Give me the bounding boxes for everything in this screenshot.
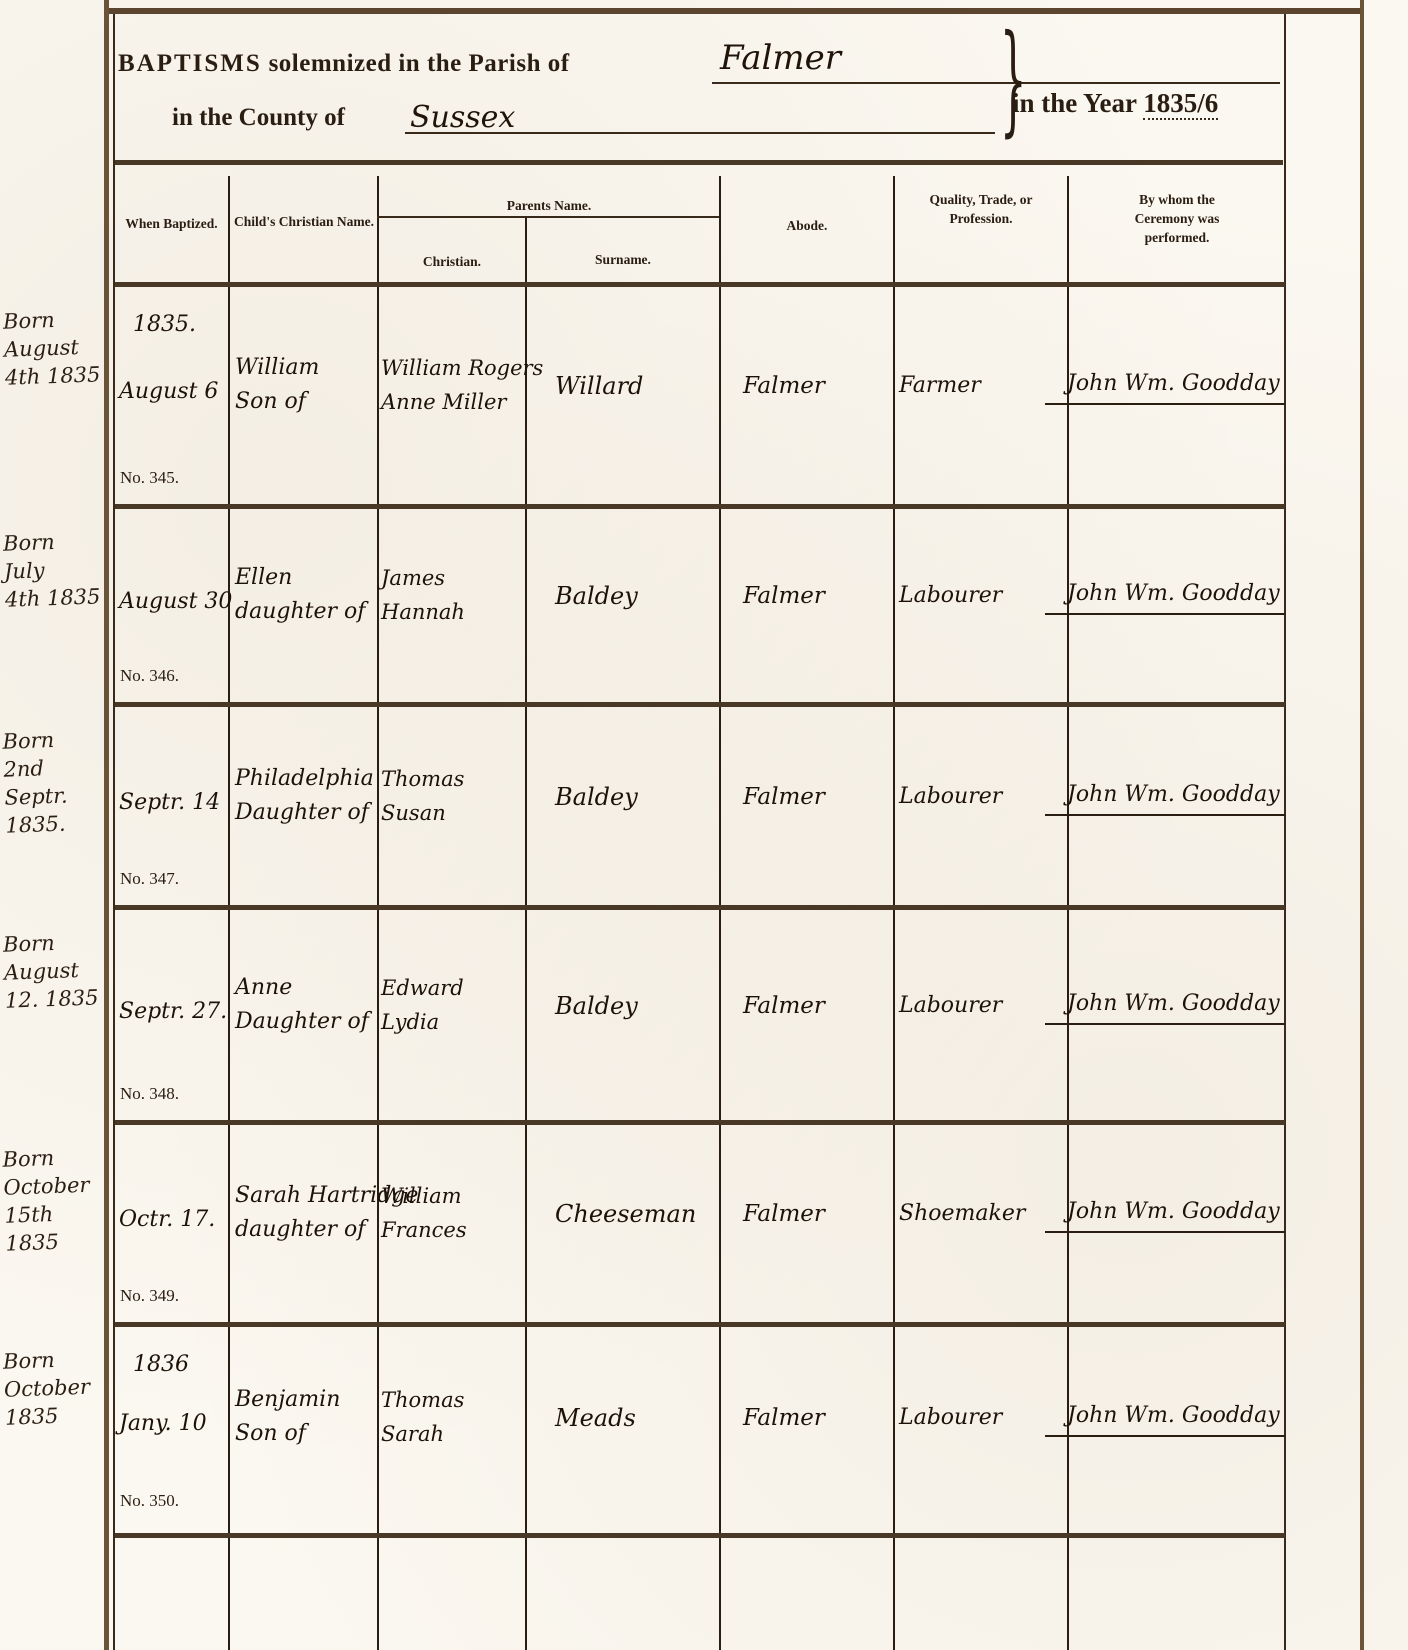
entry-number: No. 347.	[120, 869, 179, 889]
col-divider	[525, 218, 527, 1650]
abode: Falmer	[743, 991, 825, 1021]
parent-christian-name: Frances	[381, 1215, 467, 1245]
profession: Farmer	[899, 371, 981, 401]
header-childs-name: Child's Christian Name.	[231, 212, 377, 231]
parent-christian-name: William Rogers	[381, 353, 543, 383]
parish-underline	[712, 82, 1280, 84]
child-relation: daughter of	[235, 1215, 365, 1245]
profession: Labourer	[899, 782, 1002, 812]
birth-margin-note: BornJuly4th 1835	[3, 526, 104, 613]
header-parents-surname: Surname.	[527, 250, 719, 269]
child-relation: Son of	[235, 1419, 306, 1449]
parent-surname: Baldey	[555, 581, 638, 611]
margin-note-line: August	[4, 955, 103, 986]
officiant-signature: John Wm. Goodday	[1067, 780, 1280, 810]
county-underline	[405, 132, 995, 134]
parent-surname: Baldey	[555, 782, 638, 812]
baptism-date: Jany. 10	[119, 1409, 207, 1439]
officiant-signature: John Wm. Goodday	[1067, 579, 1280, 609]
entry-number: No. 349.	[120, 1286, 179, 1306]
parent-christian-name: James	[381, 563, 445, 593]
parent-surname: Cheeseman	[555, 1199, 696, 1229]
year-heading: 1835.	[133, 310, 196, 340]
officiant-signature: John Wm. Goodday	[1067, 989, 1280, 1019]
child-name: Anne	[235, 973, 292, 1003]
baptism-table: When Baptized. Child's Christian Name. P…	[115, 176, 1285, 1650]
profession: Labourer	[899, 1403, 1002, 1433]
profession: Shoemaker	[899, 1199, 1025, 1229]
title-caps: BAPTISMS	[118, 50, 262, 77]
county-name: Sussex	[410, 100, 515, 135]
row-divider	[115, 1533, 1285, 1538]
county-label: in the County of	[172, 104, 345, 132]
entry-number: No. 350.	[120, 1491, 179, 1511]
header-parents-christian: Christian.	[379, 252, 525, 271]
parent-christian-name: Edward	[381, 973, 464, 1003]
title-rest: solemnized in the Parish of	[269, 50, 570, 77]
col-divider	[893, 176, 895, 1650]
parent-christian-name: Lydia	[381, 1007, 439, 1037]
parent-surname: Meads	[555, 1403, 636, 1433]
signature-underline	[1045, 613, 1285, 615]
row-divider	[115, 282, 1285, 287]
margin-note-line: Born	[3, 927, 102, 958]
baptism-date: August 30	[119, 587, 232, 617]
birth-margin-note: BornAugust12. 1835	[3, 927, 104, 1014]
brace-mark: }	[1000, 20, 1027, 140]
margin-note-line: October	[4, 1372, 103, 1403]
abode: Falmer	[743, 782, 825, 812]
profession: Labourer	[899, 581, 1002, 611]
entry-number: No. 346.	[120, 666, 179, 686]
row-divider	[115, 905, 1285, 910]
parent-surname: Willard	[555, 371, 643, 401]
birth-margin-note: BornOctober15th 1835	[2, 1142, 104, 1257]
margin-note-line: July	[4, 554, 103, 585]
child-relation: Son of	[235, 387, 306, 417]
header-abode: Abode.	[721, 216, 893, 235]
child-name: Benjamin	[235, 1385, 340, 1415]
child-name: William	[235, 353, 319, 383]
row-divider	[115, 1322, 1285, 1327]
margin-note-line: Septr. 1835.	[4, 780, 104, 839]
child-name: Philadelphia	[235, 764, 374, 794]
title-divider	[115, 160, 1283, 165]
year-heading: 1836	[133, 1350, 189, 1380]
signature-underline	[1045, 1231, 1285, 1233]
profession: Labourer	[899, 991, 1002, 1021]
row-divider	[115, 1120, 1285, 1125]
margin-note-line: August	[4, 332, 103, 363]
abode: Falmer	[743, 1199, 825, 1229]
abode: Falmer	[743, 371, 825, 401]
parent-christian-name: Anne Miller	[381, 387, 506, 417]
officiant-signature: John Wm. Goodday	[1067, 1197, 1280, 1227]
parent-surname: Baldey	[555, 991, 638, 1021]
register-page: BAPTISMS solemnized in the Parish of Fal…	[0, 0, 1408, 1650]
parent-christian-name: Hannah	[381, 597, 465, 627]
baptism-date: Septr. 27.	[119, 997, 227, 1027]
parish-name: Falmer	[720, 38, 841, 78]
margin-note-line: 4th 1835	[5, 360, 104, 391]
year-label: in the Year	[1012, 88, 1137, 118]
baptism-date: Septr. 14	[119, 788, 220, 818]
col-divider	[377, 176, 379, 1650]
child-relation: Daughter of	[235, 1007, 369, 1037]
header-by-whom: By whom the Ceremony was performed.	[1069, 190, 1285, 247]
parent-christian-name: William	[381, 1181, 462, 1211]
signature-underline	[1045, 1023, 1285, 1025]
margin-note-line: 4th 1835	[5, 582, 104, 613]
parent-christian-name: Thomas	[381, 764, 464, 794]
entry-number: No. 345.	[120, 468, 179, 488]
signature-underline	[1045, 403, 1285, 405]
child-name: Ellen	[235, 563, 292, 593]
parent-christian-name: Sarah	[381, 1419, 444, 1449]
margin-note-line: Born	[3, 1344, 102, 1375]
birth-margin-note: Born2ndSeptr. 1835.	[2, 724, 104, 839]
child-relation: Daughter of	[235, 798, 369, 828]
margin-note-line: 15th 1835	[4, 1198, 104, 1257]
birth-margin-note: BornAugust4th 1835	[3, 304, 104, 391]
row-divider	[115, 504, 1285, 509]
entry-number: No. 348.	[120, 1084, 179, 1104]
header-quality: Quality, Trade, or Profession.	[895, 190, 1067, 228]
margin-note-line: Born	[2, 1142, 101, 1173]
margin-note-line: Born	[2, 724, 101, 755]
col-divider	[228, 176, 230, 1650]
baptism-date: August 6	[119, 377, 218, 407]
officiant-signature: John Wm. Goodday	[1067, 369, 1280, 399]
margin-note-line: October	[3, 1170, 102, 1201]
year-value: 1835/6	[1143, 88, 1218, 120]
margin-note-line: 1835	[5, 1400, 104, 1431]
parent-christian-name: Thomas	[381, 1385, 464, 1415]
col-divider	[719, 176, 721, 1650]
margin-note-line: Born	[3, 526, 102, 557]
header-parents-name: Parents Name.	[379, 196, 719, 215]
signature-underline	[1045, 814, 1285, 816]
margin-note-line: Born	[3, 304, 102, 335]
officiant-signature: John Wm. Goodday	[1067, 1401, 1280, 1431]
parent-christian-name: Susan	[381, 798, 446, 828]
baptism-date: Octr. 17.	[119, 1205, 215, 1235]
abode: Falmer	[743, 1403, 825, 1433]
header-when-baptized: When Baptized.	[115, 214, 228, 233]
register-title: BAPTISMS solemnized in the Parish of	[118, 50, 570, 78]
row-divider	[115, 702, 1285, 707]
abode: Falmer	[743, 581, 825, 611]
signature-underline	[1045, 1435, 1285, 1437]
birth-margin-note: BornOctober1835	[3, 1344, 104, 1431]
parents-subheader-rule	[377, 216, 719, 218]
margin-note-line: 2nd	[3, 752, 102, 783]
child-relation: daughter of	[235, 597, 365, 627]
margin-note-line: 12. 1835	[5, 983, 104, 1014]
year-heading: in the Year 1835/6	[1012, 88, 1218, 119]
